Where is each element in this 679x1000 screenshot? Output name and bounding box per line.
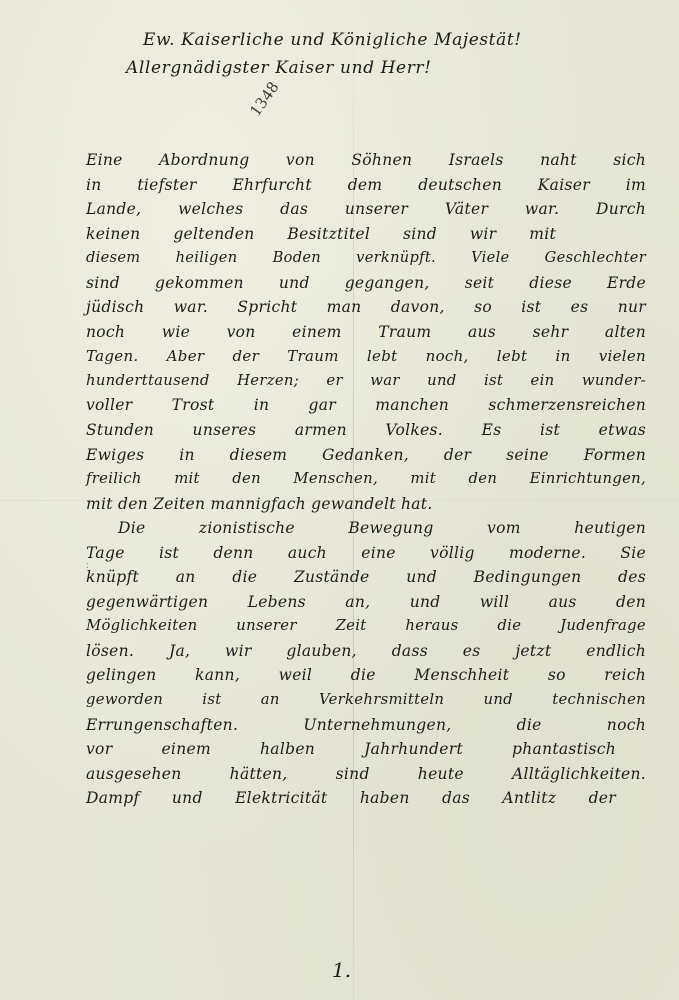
body-line: mit den Zeiten mannigfach gewandelt hat. <box>86 492 646 517</box>
letter-body: Eine Abordnung von Söhnen Israels naht s… <box>86 148 646 811</box>
body-line: Errungenschaften. Unternehmungen, die no… <box>86 713 646 738</box>
body-line: knüpft an die Zustände und Bedingungen d… <box>86 565 646 590</box>
body-line: Tage ist denn auch eine völlig moderne. … <box>86 541 646 566</box>
body-line: geworden ist an Verkehrsmitteln und tech… <box>86 688 646 713</box>
body-line: ausgesehen hätten, sind heute Alltäglich… <box>86 762 646 787</box>
archive-stamp-number: 1348 <box>246 77 284 120</box>
body-line: diesem heiligen Boden verknüpft. Viele G… <box>86 246 646 271</box>
salutation-line-1: Ew. Kaiserliche und Königliche Majestät! <box>143 30 522 50</box>
body-line: in tiefster Ehrfurcht dem deutschen Kais… <box>86 173 646 198</box>
body-line: lösen. Ja, wir glauben, dass es jetzt en… <box>86 639 646 664</box>
body-line: Dampf und Elektricität haben das Antlitz… <box>86 786 646 811</box>
body-line: vor einem halben Jahrhundert phantastisc… <box>86 737 646 762</box>
body-line: voller Trost in gar manchen schmerzensre… <box>86 393 646 418</box>
body-line: Die zionistische Bewegung vom heutigen <box>86 516 646 541</box>
body-line: Ewiges in diesem Gedanken, der seine For… <box>86 443 646 468</box>
body-line: noch wie von einem Traum aus sehr alten <box>86 320 646 345</box>
body-line: gelingen kann, weil die Menschheit so re… <box>86 663 646 688</box>
body-line: freilich mit den Menschen, mit den Einri… <box>86 467 646 492</box>
letter-page: Ew. Kaiserliche und Königliche Majestät!… <box>0 0 679 1000</box>
salutation-line-2: Allergnädigster Kaiser und Herr! <box>126 58 432 78</box>
body-line: gegenwärtigen Lebens an, und will aus de… <box>86 590 646 615</box>
body-line: Eine Abordnung von Söhnen Israels naht s… <box>86 148 646 173</box>
body-line: Lande, welches das unserer Väter war. Du… <box>86 197 646 222</box>
body-line: Möglichkeiten unserer Zeit heraus die Ju… <box>86 614 646 639</box>
body-line: sind gekommen und gegangen, seit diese E… <box>86 271 646 296</box>
body-line: Stunden unseres armen Volkes. Es ist etw… <box>86 418 646 443</box>
body-line: Tagen. Aber der Traum lebt noch, lebt in… <box>86 344 646 369</box>
page-number: 1. <box>332 958 351 982</box>
body-line: hunderttausend Herzen; er war und ist ei… <box>86 369 646 394</box>
body-line: keinen geltenden Besitztitel sind wir mi… <box>86 222 646 247</box>
body-line: jüdisch war. Spricht man davon, so ist e… <box>86 295 646 320</box>
